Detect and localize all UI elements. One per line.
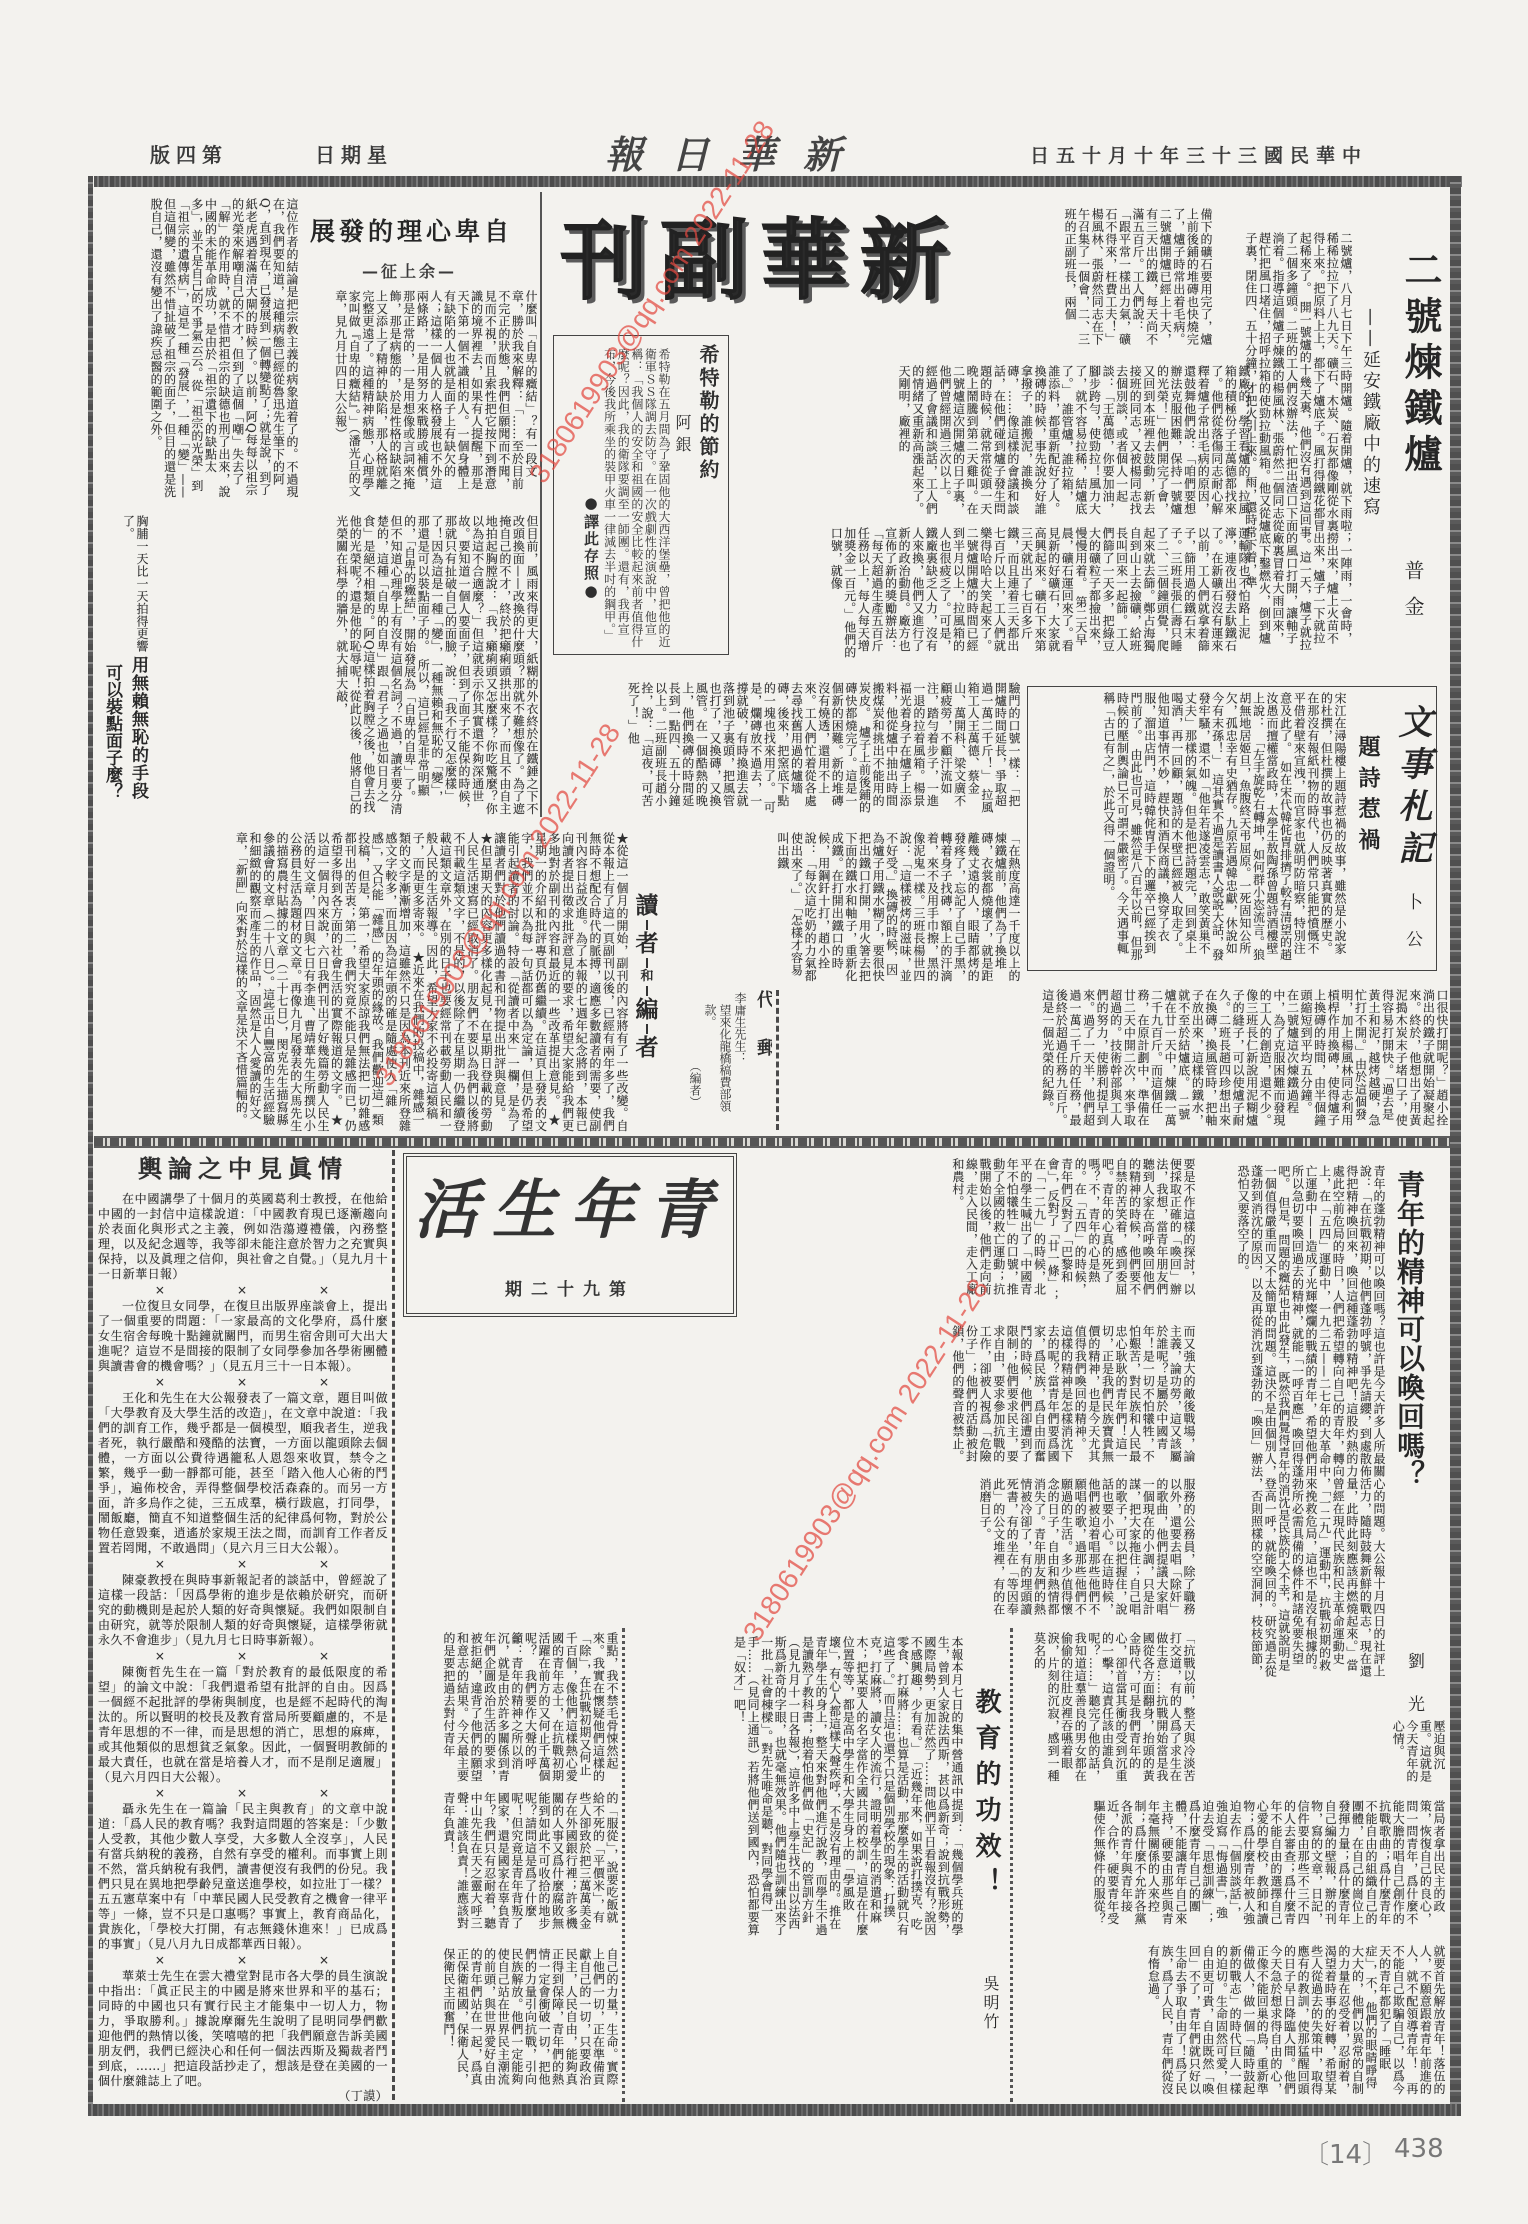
readers-editors-body: ★從這一個月的開始，副刊的內容將有了一些改變。自從本報上有了這一頁副刊以後，已經… xyxy=(94,832,628,1132)
page-number: 438 xyxy=(1394,2134,1444,2164)
article-title: 自卑心理的發展 xyxy=(310,212,513,248)
title-separator xyxy=(646,986,648,996)
youth-masthead-box: 青年生活 第九十二期 xyxy=(403,1153,737,1317)
paragraph-separator: × × × xyxy=(98,1375,388,1390)
hitler-box: 希特勒的節約 阿銀 希特勒在五月間為了鞏固他的大西洋堡壘，曾把他的近衛軍ＳＳ隊調… xyxy=(553,335,729,655)
article-title: 青年的精神可以喚回嗎？ xyxy=(1389,1170,1429,1489)
box-author: 阿銀 xyxy=(670,344,694,648)
paragraph-separator: × × × xyxy=(98,1953,388,1968)
article-body: 本報本月七日的集中營通訊中提到：「幾個學兵班的學生，曾到人家說法西斯，甚以爲新奇… xyxy=(630,1636,963,1936)
title-char: 編 xyxy=(636,997,659,1023)
box-tag: ●譯此存照● xyxy=(580,344,602,648)
title-char: 和 xyxy=(640,969,653,985)
opinion-paragraph: 陳衡哲先生在一篇「對於教育的最低限度的希望」的論文中說：「我們還希望有批評的自由… xyxy=(98,1665,388,1785)
box-title: 希特勒的節約 xyxy=(694,344,722,648)
article-body: 青年的蓬勃精神可以喚回嗎？這也許是今天許多人所最關心的問題。大公報十月四日的社評… xyxy=(1200,1165,1385,1680)
title-char: 者 xyxy=(636,931,659,957)
article-body: 備下的礦石要用完了，爐上前後鋪的堆磚也快燒完了，爐子時常出着毛病。二號爐開爐已經… xyxy=(980,208,1212,350)
issue-date: 中華民國三十三年十月十五日 xyxy=(1030,141,1368,168)
mail-label: 代郵 xyxy=(757,990,772,1130)
article-body: 但目前，風雨來得更大，紙糊的外衣終於在鐵錘之下不改頭換面——改換的什麼頭？那就不… xyxy=(152,515,538,815)
article-body: 就要首先解放青年！落伍的人，不願意跟着青年前進的人，就不配領導青年！ 再不能自己… xyxy=(1015,1945,1445,2095)
column-author: 卜公 xyxy=(1400,893,1425,967)
opinion-paragraph: 聶永先生在一篇論「民主與教育」的文章中說道：「爲人民的教育嗎？我對這問題的答案是… xyxy=(98,1802,388,1952)
opinion-paragraph: 一位復旦女同學，在復旦出版界座談會上，提出了一個重要的問題：「一家最高的文化學府… xyxy=(98,1299,388,1374)
opinion-paragraph: 華萊士先生在雲大禮堂對昆市各大學的員生演說中指出：「眞正民主的中國是將來世界和平… xyxy=(98,1969,388,2089)
article-body: 「在熱度高達一千度以上的煉鐵爐前，他們為了換堆磚，衣裳都燒壞了，就是距離幾丈遠的… xyxy=(665,832,1020,985)
mail-bracket xyxy=(776,990,779,1130)
edition-label: 第四版 xyxy=(150,139,228,168)
newspaper-page: 第四版 星期日 新華日報 中華民國三十三年十月十五日 自卑心理的發展 —余上征—… xyxy=(0,0,1528,2224)
title-separator xyxy=(646,958,648,968)
column-body: 宋江在潯陽樓上題詩惹禍的故事，雖然是小說家的杜撰，但杜撰的故事也仍反映著真實的歷… xyxy=(1034,692,1346,964)
column-title: 文事札記 xyxy=(1388,704,1437,872)
youth-masthead: 青年生活 xyxy=(407,1165,733,1257)
article-body: 而又強大的敵後戰場，論主義，論功勞，這又該屬於誰呢？是屬於中國青年！是一切不怕犧… xyxy=(402,1325,1195,1465)
box-body: 希特勒在五月間為了鞏固他的大西洋堡壘，曾把他的近衛軍ＳＳ隊調去防守。在一次戲劇性… xyxy=(602,344,670,648)
opinion-paragraph: 在中國講學了十個月的英國葛利士教授，在他給中國的一封信中這樣說道：「中國教育現已… xyxy=(98,1192,388,1282)
article-body: 服務的公務員，除了職務以外，還要去唱「除奸」的歌曲，他們提議大家唱一個現在的小調… xyxy=(402,1478,1195,1620)
article-body: 驗門的口號一樣：「把開爐時間延長，爭取超過一萬二千斤！」 拉風箱工人王萬德、蔡金… xyxy=(548,682,1020,815)
right-border xyxy=(1450,176,1461,2116)
article-title: 二號煉鐵爐 xyxy=(1393,250,1448,480)
newspaper-masthead: 新華日報 xyxy=(605,124,869,179)
paragraph-separator: × × × xyxy=(98,1557,388,1572)
article-subheading: 用無賴無恥的手段 xyxy=(126,656,151,800)
article-body: 胸脯一天比一天拍得更響了。 xyxy=(98,515,148,653)
paragraph-separator: × × × xyxy=(98,1649,388,1664)
section-divider xyxy=(94,1136,1450,1148)
article-body: 「抗戰以前，整天與冷淡苦打交道，有的人爲了求生在做生意……抗戰開始當是我國從各方… xyxy=(1015,1632,1195,1790)
article-body: 運輸隊也不怕路上泥濘，連夜出發去馱鐵石了。在新礦石沒有運來以前，工人們就拿着篩子… xyxy=(735,527,1250,663)
mail-recipient: 李庸生先生： xyxy=(732,990,747,1130)
column-divider xyxy=(1010,1628,1013,2102)
opinion-border xyxy=(392,1150,395,2100)
article-subheading: 可以裝點面子麼？ xyxy=(100,664,125,800)
article-body: 壓迫與沉重。這就是今天青年的心情。 xyxy=(1200,1720,1445,1790)
opinion-title: 輿論之中見眞情 xyxy=(98,1152,388,1186)
article-body: 要是不作這樣的探討，以便採取正確的「喚回」辦法，我想，當青年朋友們聽到人家在高呼… xyxy=(745,1158,1195,1305)
opinion-paragraph: 陳豪教授在與時事新報記者的談話中，曾經說了這樣一段話：「因爲學術的進步是依賴於研… xyxy=(98,1573,388,1648)
weekday-label: 星期日 xyxy=(315,139,393,168)
article-body: 的「服從」，說要吃飯就給不死的「平價米」，有些人卻致於把三萬萬美金存在外國銀行裡… xyxy=(402,1792,618,1935)
article-body: 重點，我不禁毛骨悚然起來。我實在懷疑他們這樣的「除」，在抗戰初期又何止千百個，像… xyxy=(402,1632,618,1782)
supplement-masthead: 新華副刊 xyxy=(560,206,960,316)
opinion-signature: （丁謨） xyxy=(98,2089,388,2102)
readers-editors-title: 讀 者 和 編 者 xyxy=(632,893,662,1061)
article-subtitle: ——延安鐵廠中的速寫 xyxy=(1357,308,1383,518)
article-body: 什麼叫「自卑的癥結」？有一段文章，勝於我來解釋：「……至於目前不完正的狀態，我們… xyxy=(300,290,537,500)
title-separator xyxy=(646,1024,648,1034)
bottom-rule xyxy=(88,2104,1461,2116)
column-divider xyxy=(540,192,542,817)
top-rule xyxy=(94,176,1462,187)
mail-message: 望來化龍橋稿費部領款。 xyxy=(702,990,732,1130)
article-author: —余上征— xyxy=(362,259,457,282)
column-article-title: 題詩惹禍 xyxy=(1352,735,1383,859)
mail-notice: 代郵 李庸生先生： 望來化龍橋稿費部領款。 （編者） xyxy=(660,990,772,1130)
article-body: 自己的力量，生命。實際上他們一切，正在準備貢獻自己的一切，只要政治民主，人民自由… xyxy=(402,1948,618,2095)
article-body: 這位作者的結論是把宗教主義的病象道着了的。不過現在，我們要知道，這種病態已經從魯… xyxy=(100,198,298,500)
title-char: 讀 xyxy=(636,893,659,919)
paragraph-separator: × × × xyxy=(98,1283,388,1298)
opinion-article: 輿論之中見眞情 在中國講學了十個月的英國葛利士教授，在他給中國的一封信中這樣說道… xyxy=(98,1152,388,2102)
article-body: 口很快打開呢？」趙小拴淌出的鐵子就開始凝聚起來。終於，他想出了用黃泥搗木炭末子堵… xyxy=(782,989,1448,1131)
column-divider xyxy=(622,1628,625,2102)
left-border xyxy=(88,176,93,2116)
article-title: 教育的功效！ xyxy=(968,1688,1005,1904)
title-char: 者 xyxy=(636,1035,659,1061)
article-body: 當局者拿出民主的政策，恢復自己的良心，問一問青年，爲什麼不能大膽的唱自己創作的抗… xyxy=(1015,1800,1445,1930)
article-body: 鐵廠的，學習看爐的，拉風箱的積極份子王萬德都找來了。他們從落傷同志耐心解釋着爐子… xyxy=(735,365,1250,515)
opinion-paragraph: 王化和先生在大公報發表了一篇文章，題目叫做「大學教育及大學生活的改造」，在文章中… xyxy=(98,1391,388,1556)
title-separator xyxy=(646,920,648,930)
volume-marker: 〔14〕 xyxy=(1303,2134,1388,2171)
paragraph-separator: × × × xyxy=(98,1786,388,1801)
article-author: 吳明竹 xyxy=(979,1975,1002,2032)
article-author: 普金 xyxy=(1399,560,1428,632)
mail-signature: （編者） xyxy=(687,990,702,1130)
youth-issue-number: 第九十二期 xyxy=(407,1275,733,1300)
